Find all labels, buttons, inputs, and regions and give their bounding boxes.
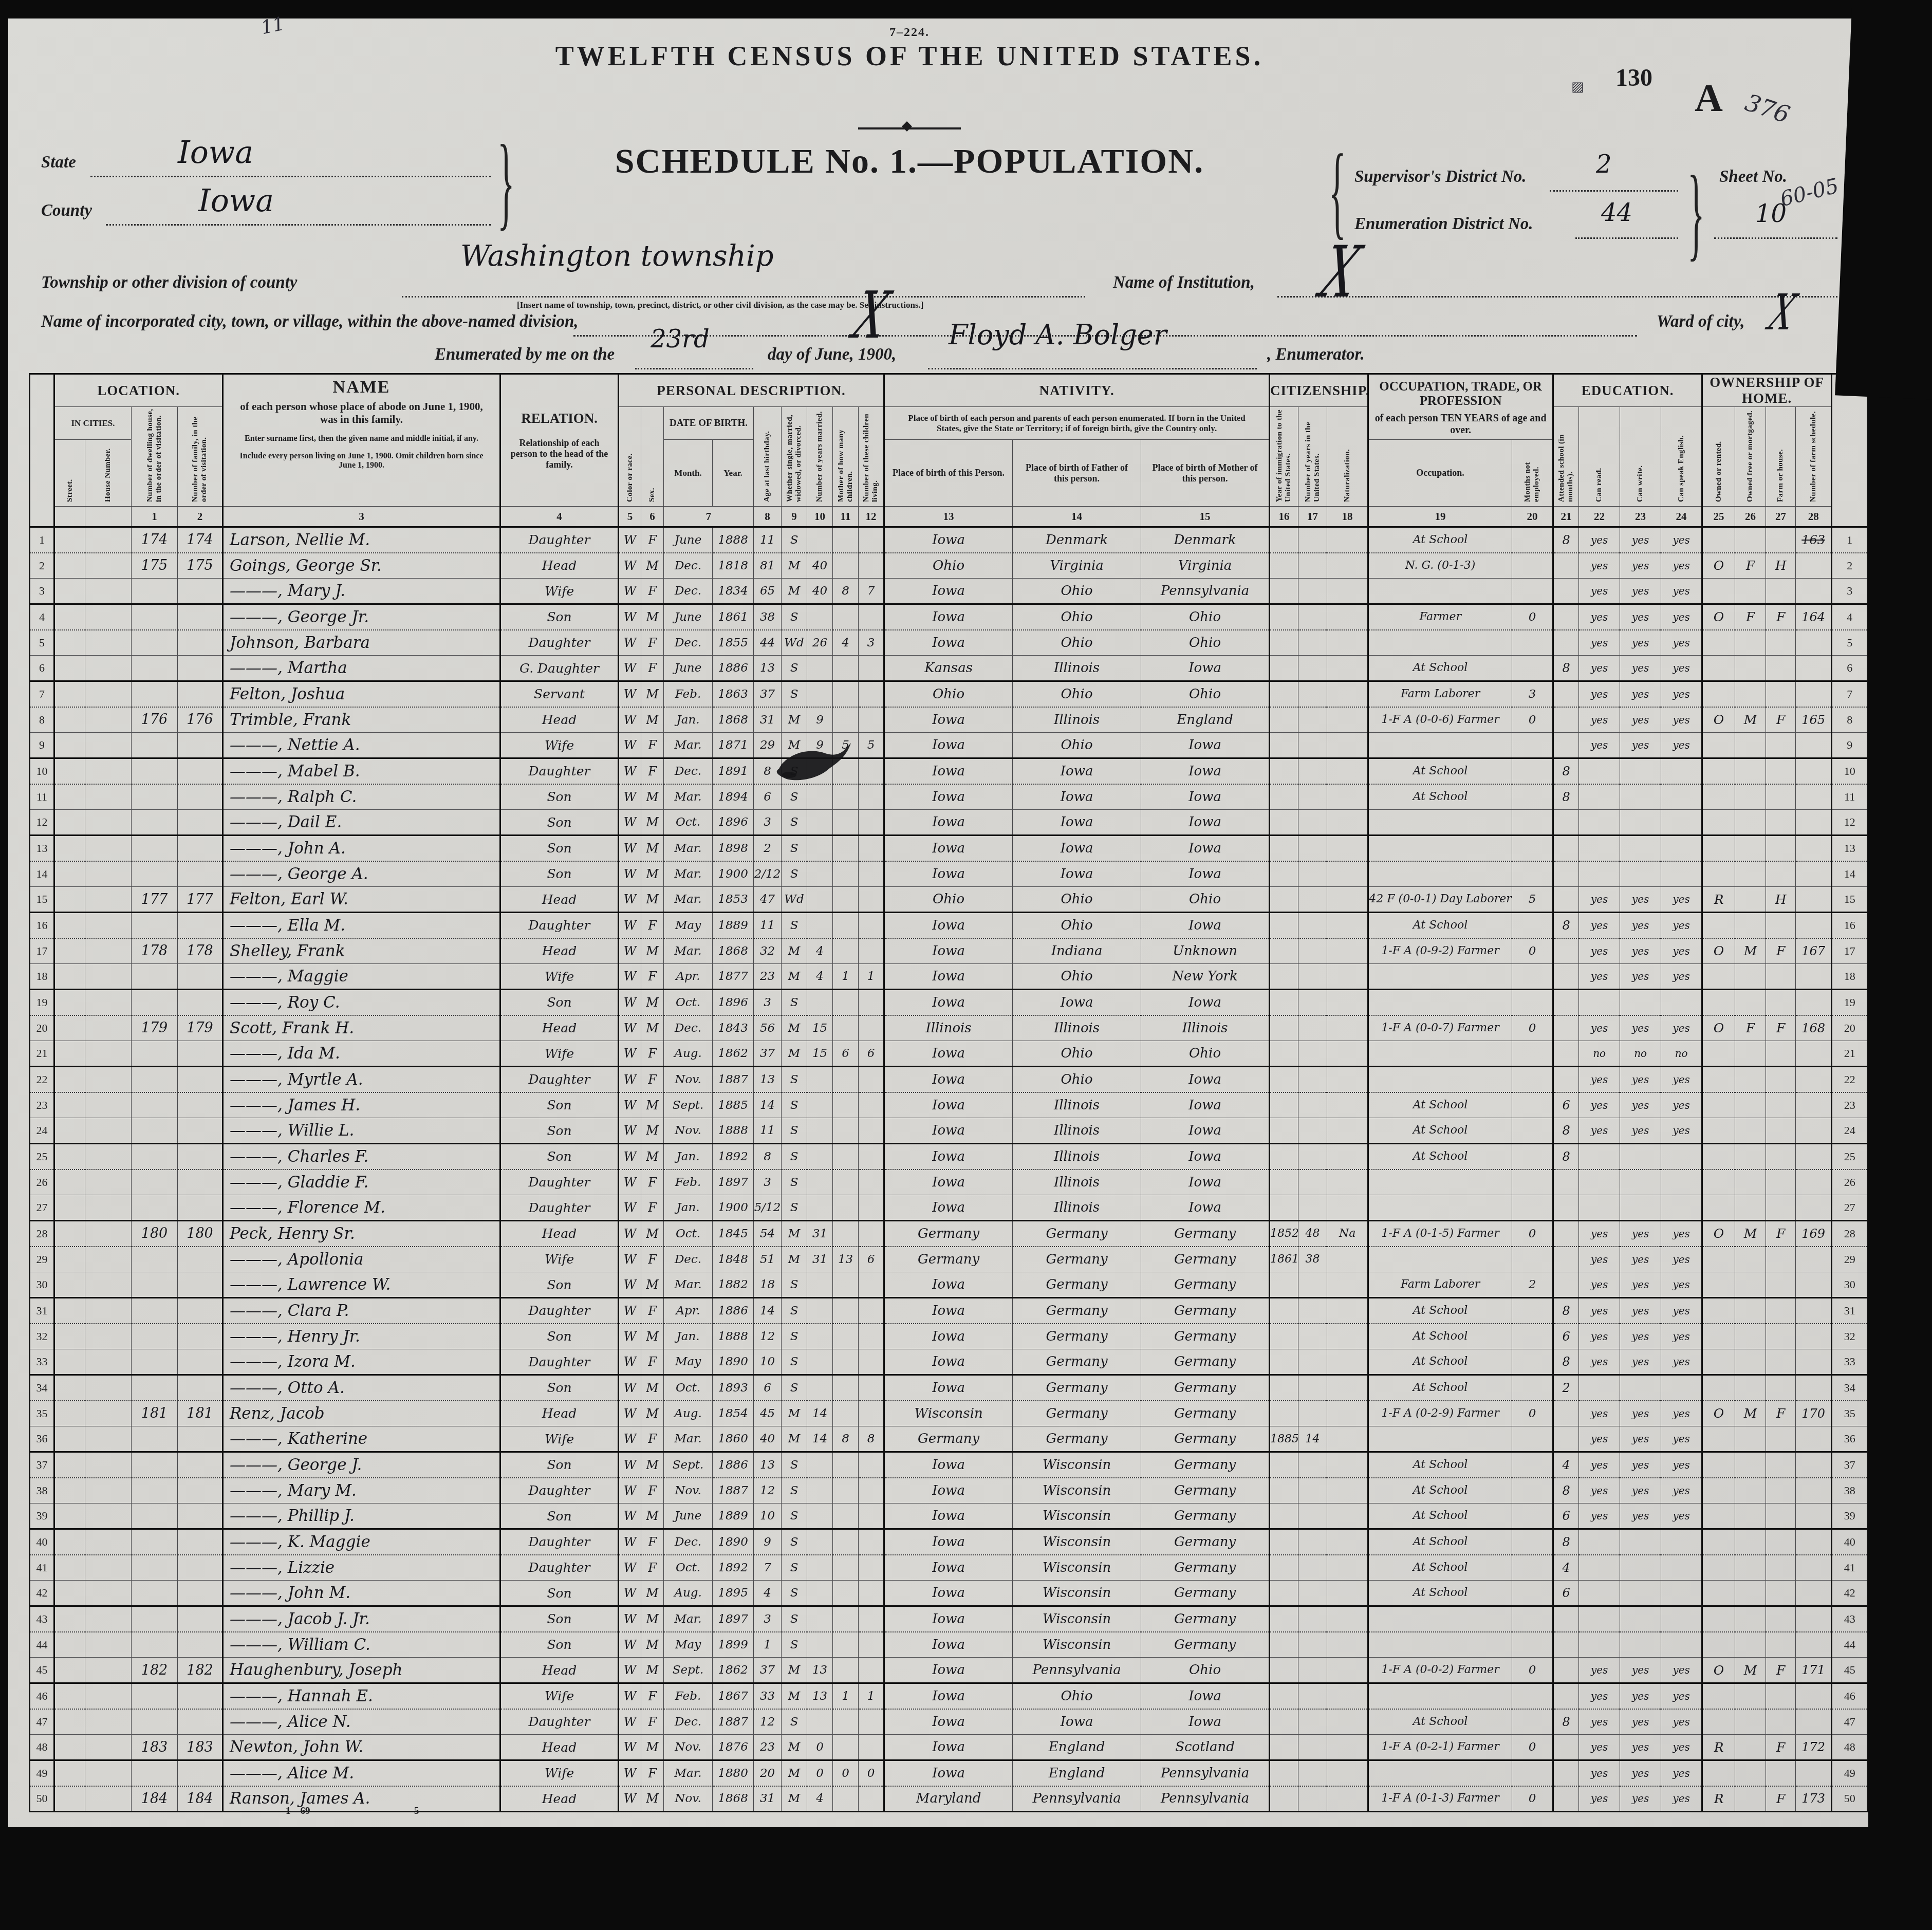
line-number-right: 27 — [1832, 1195, 1868, 1221]
cell-house-number — [85, 1606, 132, 1632]
cell-free-mortgaged — [1735, 1375, 1766, 1401]
cell-school-months — [1553, 604, 1579, 630]
person-row: 11———, Ralph C.SonWMMar.18946SIowaIowaIo… — [30, 784, 1868, 810]
cell-children-living — [859, 1606, 884, 1632]
cell-color: W — [619, 1760, 641, 1786]
cell-birthplace-person: Iowa — [884, 1709, 1013, 1735]
cell-dwelling — [132, 1118, 178, 1144]
line-number-right: 36 — [1832, 1426, 1868, 1452]
cell-birthplace-mother: Iowa — [1141, 990, 1270, 1015]
cell-school-months — [1553, 1683, 1579, 1709]
cell-age: 2 — [754, 836, 782, 861]
cell-relation: Head — [500, 1735, 619, 1760]
cell-years-married — [807, 1504, 833, 1529]
city-label: Name of incorporated city, town, or vill… — [41, 312, 579, 331]
cell-occupation: 42 F (0-0-1) Day Laborer — [1368, 887, 1512, 913]
cell-naturalization — [1327, 913, 1368, 938]
cell-children-born — [833, 1709, 859, 1735]
cell-years-married — [807, 527, 833, 553]
farm-house-header: Farm or house. — [1766, 407, 1796, 507]
cell-occupation: 1-F A (0-9-2) Farmer — [1368, 938, 1512, 964]
cell-free-mortgaged — [1735, 1144, 1766, 1170]
cell-can-speak — [1661, 1144, 1702, 1170]
cell-birthplace-father: Germany — [1013, 1401, 1141, 1426]
cell-name: Peck, Henry Sr. — [223, 1221, 500, 1247]
cell-occupation: At School — [1368, 656, 1512, 681]
line-number-right: 7 — [1832, 681, 1868, 707]
children-living-header: Number of these children living. — [859, 407, 884, 507]
cell-children-living — [859, 1349, 884, 1375]
cell-birthplace-mother: Pennsylvania — [1141, 579, 1270, 604]
cell-relation: Son — [500, 1504, 619, 1529]
cell-dwelling — [132, 1195, 178, 1221]
cell-can-write — [1620, 990, 1661, 1015]
column-number: 17 — [1298, 507, 1327, 527]
cell-relation: Head — [500, 707, 619, 733]
person-row: 32———, Henry Jr.SonWMJan.188812SIowaGerm… — [30, 1324, 1868, 1349]
cell-naturalization — [1327, 784, 1368, 810]
cell-owned-rented: O — [1702, 1221, 1735, 1247]
cell-birthplace-mother: Iowa — [1141, 810, 1270, 836]
cell-can-speak: yes — [1661, 1272, 1702, 1298]
cell-name: ———, Mary J. — [223, 579, 500, 604]
cell-occupation — [1368, 1041, 1512, 1067]
cell-birthplace-person: Iowa — [884, 913, 1013, 938]
cell-house-number — [85, 1092, 132, 1118]
cell-years-married: 14 — [807, 1401, 833, 1426]
cell-children-living — [859, 1015, 884, 1041]
cell-children-born — [833, 1555, 859, 1581]
cell-dwelling — [132, 1272, 178, 1298]
cell-birth-year: 1848 — [713, 1247, 754, 1272]
cell-house-number — [85, 1221, 132, 1247]
cell-occupation — [1368, 1606, 1512, 1632]
cell-birthplace-person: Iowa — [884, 990, 1013, 1015]
cell-months-not-employed — [1512, 861, 1553, 887]
cell-children-living — [859, 1298, 884, 1324]
cell-occupation: At School — [1368, 1709, 1512, 1735]
cell-birth-month: Dec. — [664, 1529, 713, 1555]
cell-color: W — [619, 1555, 641, 1581]
cell-school-months: 8 — [1553, 1478, 1579, 1504]
cell-children-born — [833, 1632, 859, 1658]
cell-school-months: 8 — [1553, 1709, 1579, 1735]
cell-children-living — [859, 1709, 884, 1735]
cell-owned-rented — [1702, 913, 1735, 938]
cell-occupation: At School — [1368, 784, 1512, 810]
cell-months-not-employed: 0 — [1512, 1401, 1553, 1426]
cell-months-not-employed — [1512, 1760, 1553, 1786]
cell-marital: M — [782, 1247, 807, 1272]
cell-free-mortgaged — [1735, 1529, 1766, 1555]
cell-sex: F — [641, 1555, 664, 1581]
cell-owned-rented: O — [1702, 938, 1735, 964]
cell-birthplace-person: Maryland — [884, 1786, 1013, 1812]
township-caption: [Insert name of township, town, precinct… — [517, 300, 1108, 310]
cell-sex: M — [641, 836, 664, 861]
cell-birthplace-father: Ohio — [1013, 681, 1141, 707]
cell-birth-month: Nov. — [664, 1067, 713, 1092]
cell-immigration-year — [1270, 861, 1298, 887]
cell-can-speak: yes — [1661, 1478, 1702, 1504]
column-number: 25 — [1702, 507, 1735, 527]
cell-can-read: yes — [1579, 1349, 1620, 1375]
column-number: 5 — [619, 507, 641, 527]
cell-months-not-employed: 0 — [1512, 1735, 1553, 1760]
cell-sex: M — [641, 1221, 664, 1247]
cell-years-married: 13 — [807, 1683, 833, 1709]
cell-age: 8 — [754, 1144, 782, 1170]
cell-children-living — [859, 1324, 884, 1349]
cell-can-speak — [1661, 1555, 1702, 1581]
column-number: 2 — [178, 507, 223, 527]
cell-occupation: 1-F A (0-0-7) Farmer — [1368, 1015, 1512, 1041]
cell-naturalization — [1327, 1478, 1368, 1504]
cell-name: ———, Henry Jr. — [223, 1324, 500, 1349]
cell-age: 14 — [754, 1092, 782, 1118]
cell-school-months: 4 — [1553, 1452, 1579, 1478]
cell-can-speak: yes — [1661, 1092, 1702, 1118]
cell-free-mortgaged — [1735, 758, 1766, 784]
cell-years-married — [807, 1555, 833, 1581]
cell-children-living: 7 — [859, 579, 884, 604]
cell-owned-rented: R — [1702, 887, 1735, 913]
person-row: 31———, Clara P.DaughterWFApr.188614SIowa… — [30, 1298, 1868, 1324]
cell-can-speak: yes — [1661, 707, 1702, 733]
cell-immigration-year — [1270, 1324, 1298, 1349]
cell-birth-month: Aug. — [664, 1581, 713, 1606]
cell-years-married: 4 — [807, 964, 833, 990]
cell-can-speak: yes — [1661, 1067, 1702, 1092]
cell-sex: M — [641, 938, 664, 964]
cell-sex: F — [641, 1349, 664, 1375]
cell-name: ———, Gladdie F. — [223, 1170, 500, 1195]
cell-house-number — [85, 1170, 132, 1195]
cell-years-in-us — [1298, 810, 1327, 836]
cell-birthplace-father: Pennsylvania — [1013, 1786, 1141, 1812]
cell-marital: M — [782, 1401, 807, 1426]
cell-occupation — [1368, 1683, 1512, 1709]
cell-dwelling — [132, 964, 178, 990]
supervisor-district-value: 2 — [1596, 150, 1612, 179]
cell-school-months: 8 — [1553, 1298, 1579, 1324]
cell-children-living: 8 — [859, 1426, 884, 1452]
cell-years-married — [807, 1452, 833, 1478]
cell-can-read: yes — [1579, 707, 1620, 733]
cell-school-months — [1553, 990, 1579, 1015]
cell-months-not-employed — [1512, 758, 1553, 784]
cell-occupation: 1-F A (0-0-6) Farmer — [1368, 707, 1512, 733]
cell-birth-year: 1868 — [713, 1786, 754, 1812]
house-number-header: House Number. — [85, 440, 132, 507]
cell-birthplace-person: Iowa — [884, 1452, 1013, 1478]
immigration-header: Year of immigration to the United States… — [1270, 407, 1298, 507]
cell-relation: Head — [500, 1401, 619, 1426]
group-citizenship: CITIZENSHIP. — [1270, 374, 1368, 407]
cell-age: 20 — [754, 1760, 782, 1786]
line-number-left: 35 — [30, 1401, 54, 1426]
cell-birthplace-mother: Germany — [1141, 1529, 1270, 1555]
cell-school-months: 8 — [1553, 1118, 1579, 1144]
cell-can-read: yes — [1579, 1504, 1620, 1529]
cell-can-write: yes — [1620, 1092, 1661, 1118]
cell-color: W — [619, 1015, 641, 1041]
cell-dwelling: 179 — [132, 1015, 178, 1041]
cell-children-living — [859, 1529, 884, 1555]
cell-family — [178, 810, 223, 836]
cell-sex: M — [641, 1786, 664, 1812]
cell-children-born — [833, 1272, 859, 1298]
cell-birthplace-father: Illinois — [1013, 707, 1141, 733]
cell-dwelling — [132, 1349, 178, 1375]
line-number-right: 37 — [1832, 1452, 1868, 1478]
cell-sex: F — [641, 964, 664, 990]
cell-name: ———, John A. — [223, 836, 500, 861]
census-title: TWELFTH CENSUS OF THE UNITED STATES. — [550, 40, 1269, 72]
cell-birthplace-person: Iowa — [884, 1324, 1013, 1349]
occupation-col-header: Occupation. — [1368, 440, 1512, 507]
cell-birthplace-father: Ohio — [1013, 1067, 1141, 1092]
cell-birth-year: 1877 — [713, 964, 754, 990]
cell-sex: M — [641, 681, 664, 707]
cell-house-number — [85, 1015, 132, 1041]
cell-months-not-employed — [1512, 1426, 1553, 1452]
cell-occupation — [1368, 964, 1512, 990]
cell-occupation: At School — [1368, 1144, 1512, 1170]
cell-street — [54, 887, 85, 913]
cell-months-not-employed — [1512, 1632, 1553, 1658]
cell-birthplace-father: Germany — [1013, 1324, 1141, 1349]
cell-street — [54, 1401, 85, 1426]
cell-school-months — [1553, 1041, 1579, 1067]
cell-years-in-us — [1298, 1581, 1327, 1606]
cell-months-not-employed — [1512, 1324, 1553, 1349]
cell-birthplace-father: Ohio — [1013, 887, 1141, 913]
cell-street — [54, 1478, 85, 1504]
cell-birth-month: Nov. — [664, 1786, 713, 1812]
sheet-no-line — [1714, 237, 1837, 239]
line-number-right: 18 — [1832, 964, 1868, 990]
cell-occupation: Farm Laborer — [1368, 1272, 1512, 1298]
line-number-left: 24 — [30, 1118, 54, 1144]
person-row: 48183183Newton, John W.HeadWMNov.187623M… — [30, 1735, 1868, 1760]
cell-months-not-employed: 3 — [1512, 681, 1553, 707]
cell-color: W — [619, 630, 641, 656]
month-header: Month. — [664, 440, 713, 507]
cell-can-write: yes — [1620, 707, 1661, 733]
cell-years-in-us — [1298, 1170, 1327, 1195]
cell-children-born — [833, 1504, 859, 1529]
cell-birthplace-father: Wisconsin — [1013, 1581, 1141, 1606]
cell-birth-year: 1862 — [713, 1041, 754, 1067]
cell-color: W — [619, 681, 641, 707]
cell-color: W — [619, 1581, 641, 1606]
cell-birth-month: Mar. — [664, 1606, 713, 1632]
cell-naturalization — [1327, 1349, 1368, 1375]
person-row: 12———, Dail E.SonWMOct.18963SIowaIowaIow… — [30, 810, 1868, 836]
cell-owned-rented — [1702, 1555, 1735, 1581]
cell-birthplace-mother: Germany — [1141, 1324, 1270, 1349]
cell-farm-house: F — [1766, 1401, 1796, 1426]
cell-farm-schedule — [1796, 1067, 1832, 1092]
cell-years-in-us — [1298, 1555, 1327, 1581]
cell-occupation — [1368, 836, 1512, 861]
group-name: NAME of each person whose place of abode… — [223, 374, 500, 507]
cell-house-number — [85, 707, 132, 733]
cell-children-born — [833, 1144, 859, 1170]
cell-farm-schedule: 169 — [1796, 1221, 1832, 1247]
cell-occupation: At School — [1368, 1555, 1512, 1581]
cell-can-speak: yes — [1661, 1683, 1702, 1709]
footer-left-mark: 1—69 — [286, 1806, 310, 1817]
cell-birthplace-mother: Ohio — [1141, 604, 1270, 630]
cell-years-married — [807, 913, 833, 938]
cell-can-speak: yes — [1661, 1247, 1702, 1272]
column-number: 21 — [1553, 507, 1579, 527]
cell-owned-rented — [1702, 810, 1735, 836]
cell-naturalization — [1327, 1247, 1368, 1272]
cell-birthplace-person: Iowa — [884, 1555, 1013, 1581]
cell-dwelling — [132, 1683, 178, 1709]
enumeration-district-line — [1575, 237, 1678, 239]
cell-birth-year: 1890 — [713, 1349, 754, 1375]
cell-age: 6 — [754, 1375, 782, 1401]
cell-relation: Son — [500, 1118, 619, 1144]
cell-school-months: 6 — [1553, 1092, 1579, 1118]
cell-family — [178, 1272, 223, 1298]
cell-farm-house — [1766, 990, 1796, 1015]
cell-birthplace-father: England — [1013, 1735, 1141, 1760]
cell-relation: Head — [500, 1786, 619, 1812]
cell-can-read: yes — [1579, 604, 1620, 630]
cell-immigration-year — [1270, 1581, 1298, 1606]
cell-children-born — [833, 1015, 859, 1041]
cell-years-married — [807, 1092, 833, 1118]
cell-can-read — [1579, 1529, 1620, 1555]
cell-family — [178, 630, 223, 656]
cell-birth-month: Apr. — [664, 1298, 713, 1324]
cell-years-married — [807, 1144, 833, 1170]
occupation-title: OCCUPATION, TRADE, OR PROFESSION — [1369, 380, 1552, 409]
cell-can-speak: yes — [1661, 579, 1702, 604]
cell-sex: M — [641, 604, 664, 630]
enumerated-day-line — [635, 368, 753, 369]
line-number-right: 25 — [1832, 1144, 1868, 1170]
cell-school-months — [1553, 1735, 1579, 1760]
cell-farm-schedule — [1796, 656, 1832, 681]
cell-school-months: 4 — [1553, 1555, 1579, 1581]
cell-birth-month: Oct. — [664, 810, 713, 836]
cell-family — [178, 1683, 223, 1709]
cell-can-read: yes — [1579, 1247, 1620, 1272]
cell-relation: Son — [500, 861, 619, 887]
cell-occupation: 1-F A (0-2-1) Farmer — [1368, 1735, 1512, 1760]
cell-school-months — [1553, 938, 1579, 964]
cell-birth-month: June — [664, 604, 713, 630]
cell-immigration-year — [1270, 964, 1298, 990]
cell-name: ———, Alice M. — [223, 1760, 500, 1786]
name-note1: Enter surname first, then the given name… — [234, 434, 489, 443]
cell-can-read: yes — [1579, 681, 1620, 707]
cell-color: W — [619, 553, 641, 579]
cell-owned-rented — [1702, 1349, 1735, 1375]
cell-can-speak — [1661, 990, 1702, 1015]
cell-farm-house — [1766, 1349, 1796, 1375]
cell-owned-rented — [1702, 1632, 1735, 1658]
cell-can-write: yes — [1620, 964, 1661, 990]
cell-farm-house — [1766, 1195, 1796, 1221]
cell-birth-year: 1876 — [713, 1735, 754, 1760]
cell-house-number — [85, 1735, 132, 1760]
cell-owned-rented — [1702, 758, 1735, 784]
cell-can-read: yes — [1579, 1015, 1620, 1041]
cell-occupation: At School — [1368, 1349, 1512, 1375]
cell-can-read: yes — [1579, 1426, 1620, 1452]
cell-birthplace-person: Ohio — [884, 887, 1013, 913]
cell-color: W — [619, 1221, 641, 1247]
cell-months-not-employed — [1512, 1504, 1553, 1529]
cell-relation: Wife — [500, 1760, 619, 1786]
cell-street — [54, 733, 85, 758]
cell-color: W — [619, 733, 641, 758]
cell-age: 81 — [754, 553, 782, 579]
cell-street — [54, 1349, 85, 1375]
cell-naturalization — [1327, 1426, 1368, 1452]
enumerator-line — [928, 368, 1257, 369]
cell-school-months: 6 — [1553, 1324, 1579, 1349]
cell-can-read: no — [1579, 1041, 1620, 1067]
cell-years-married: 4 — [807, 1786, 833, 1812]
cell-farm-schedule — [1796, 1452, 1832, 1478]
cell-age: 18 — [754, 1272, 782, 1298]
cell-house-number — [85, 681, 132, 707]
person-row: 47———, Alice N.DaughterWFDec.188712SIowa… — [30, 1709, 1868, 1735]
cell-sex: M — [641, 1272, 664, 1298]
cell-birthplace-mother: Germany — [1141, 1606, 1270, 1632]
line-number-left: 38 — [30, 1478, 54, 1504]
cell-name: ———, Roy C. — [223, 990, 500, 1015]
cell-owned-rented: O — [1702, 1401, 1735, 1426]
cell-free-mortgaged — [1735, 1247, 1766, 1272]
person-row: 29———, ApolloniaWifeWFDec.184851M31136Ge… — [30, 1247, 1868, 1272]
column-number — [54, 507, 85, 527]
cell-months-not-employed: 0 — [1512, 938, 1553, 964]
person-row: 34———, Otto A.SonWMOct.18936SIowaGermany… — [30, 1375, 1868, 1401]
cell-birth-month: Jan. — [664, 1144, 713, 1170]
cell-birthplace-father: Iowa — [1013, 836, 1141, 861]
cell-can-write — [1620, 1375, 1661, 1401]
cell-can-read — [1579, 810, 1620, 836]
line-number-right: 2 — [1832, 553, 1868, 579]
cell-street — [54, 630, 85, 656]
cell-children-born — [833, 1349, 859, 1375]
cell-birth-year: 1843 — [713, 1015, 754, 1041]
cell-can-read: yes — [1579, 579, 1620, 604]
cell-birthplace-father: Germany — [1013, 1426, 1141, 1452]
cell-marital: S — [782, 681, 807, 707]
cell-color: W — [619, 1067, 641, 1092]
photo-corner-shadow — [1835, 0, 1932, 401]
cell-birth-year: 1889 — [713, 913, 754, 938]
cell-dwelling — [132, 990, 178, 1015]
cell-can-speak — [1661, 1375, 1702, 1401]
ink-blot — [769, 738, 856, 794]
cell-birth-year: 1834 — [713, 579, 754, 604]
cell-marital: S — [782, 1478, 807, 1504]
line-number-left: 33 — [30, 1349, 54, 1375]
cell-family — [178, 1606, 223, 1632]
cell-farm-schedule — [1796, 1195, 1832, 1221]
